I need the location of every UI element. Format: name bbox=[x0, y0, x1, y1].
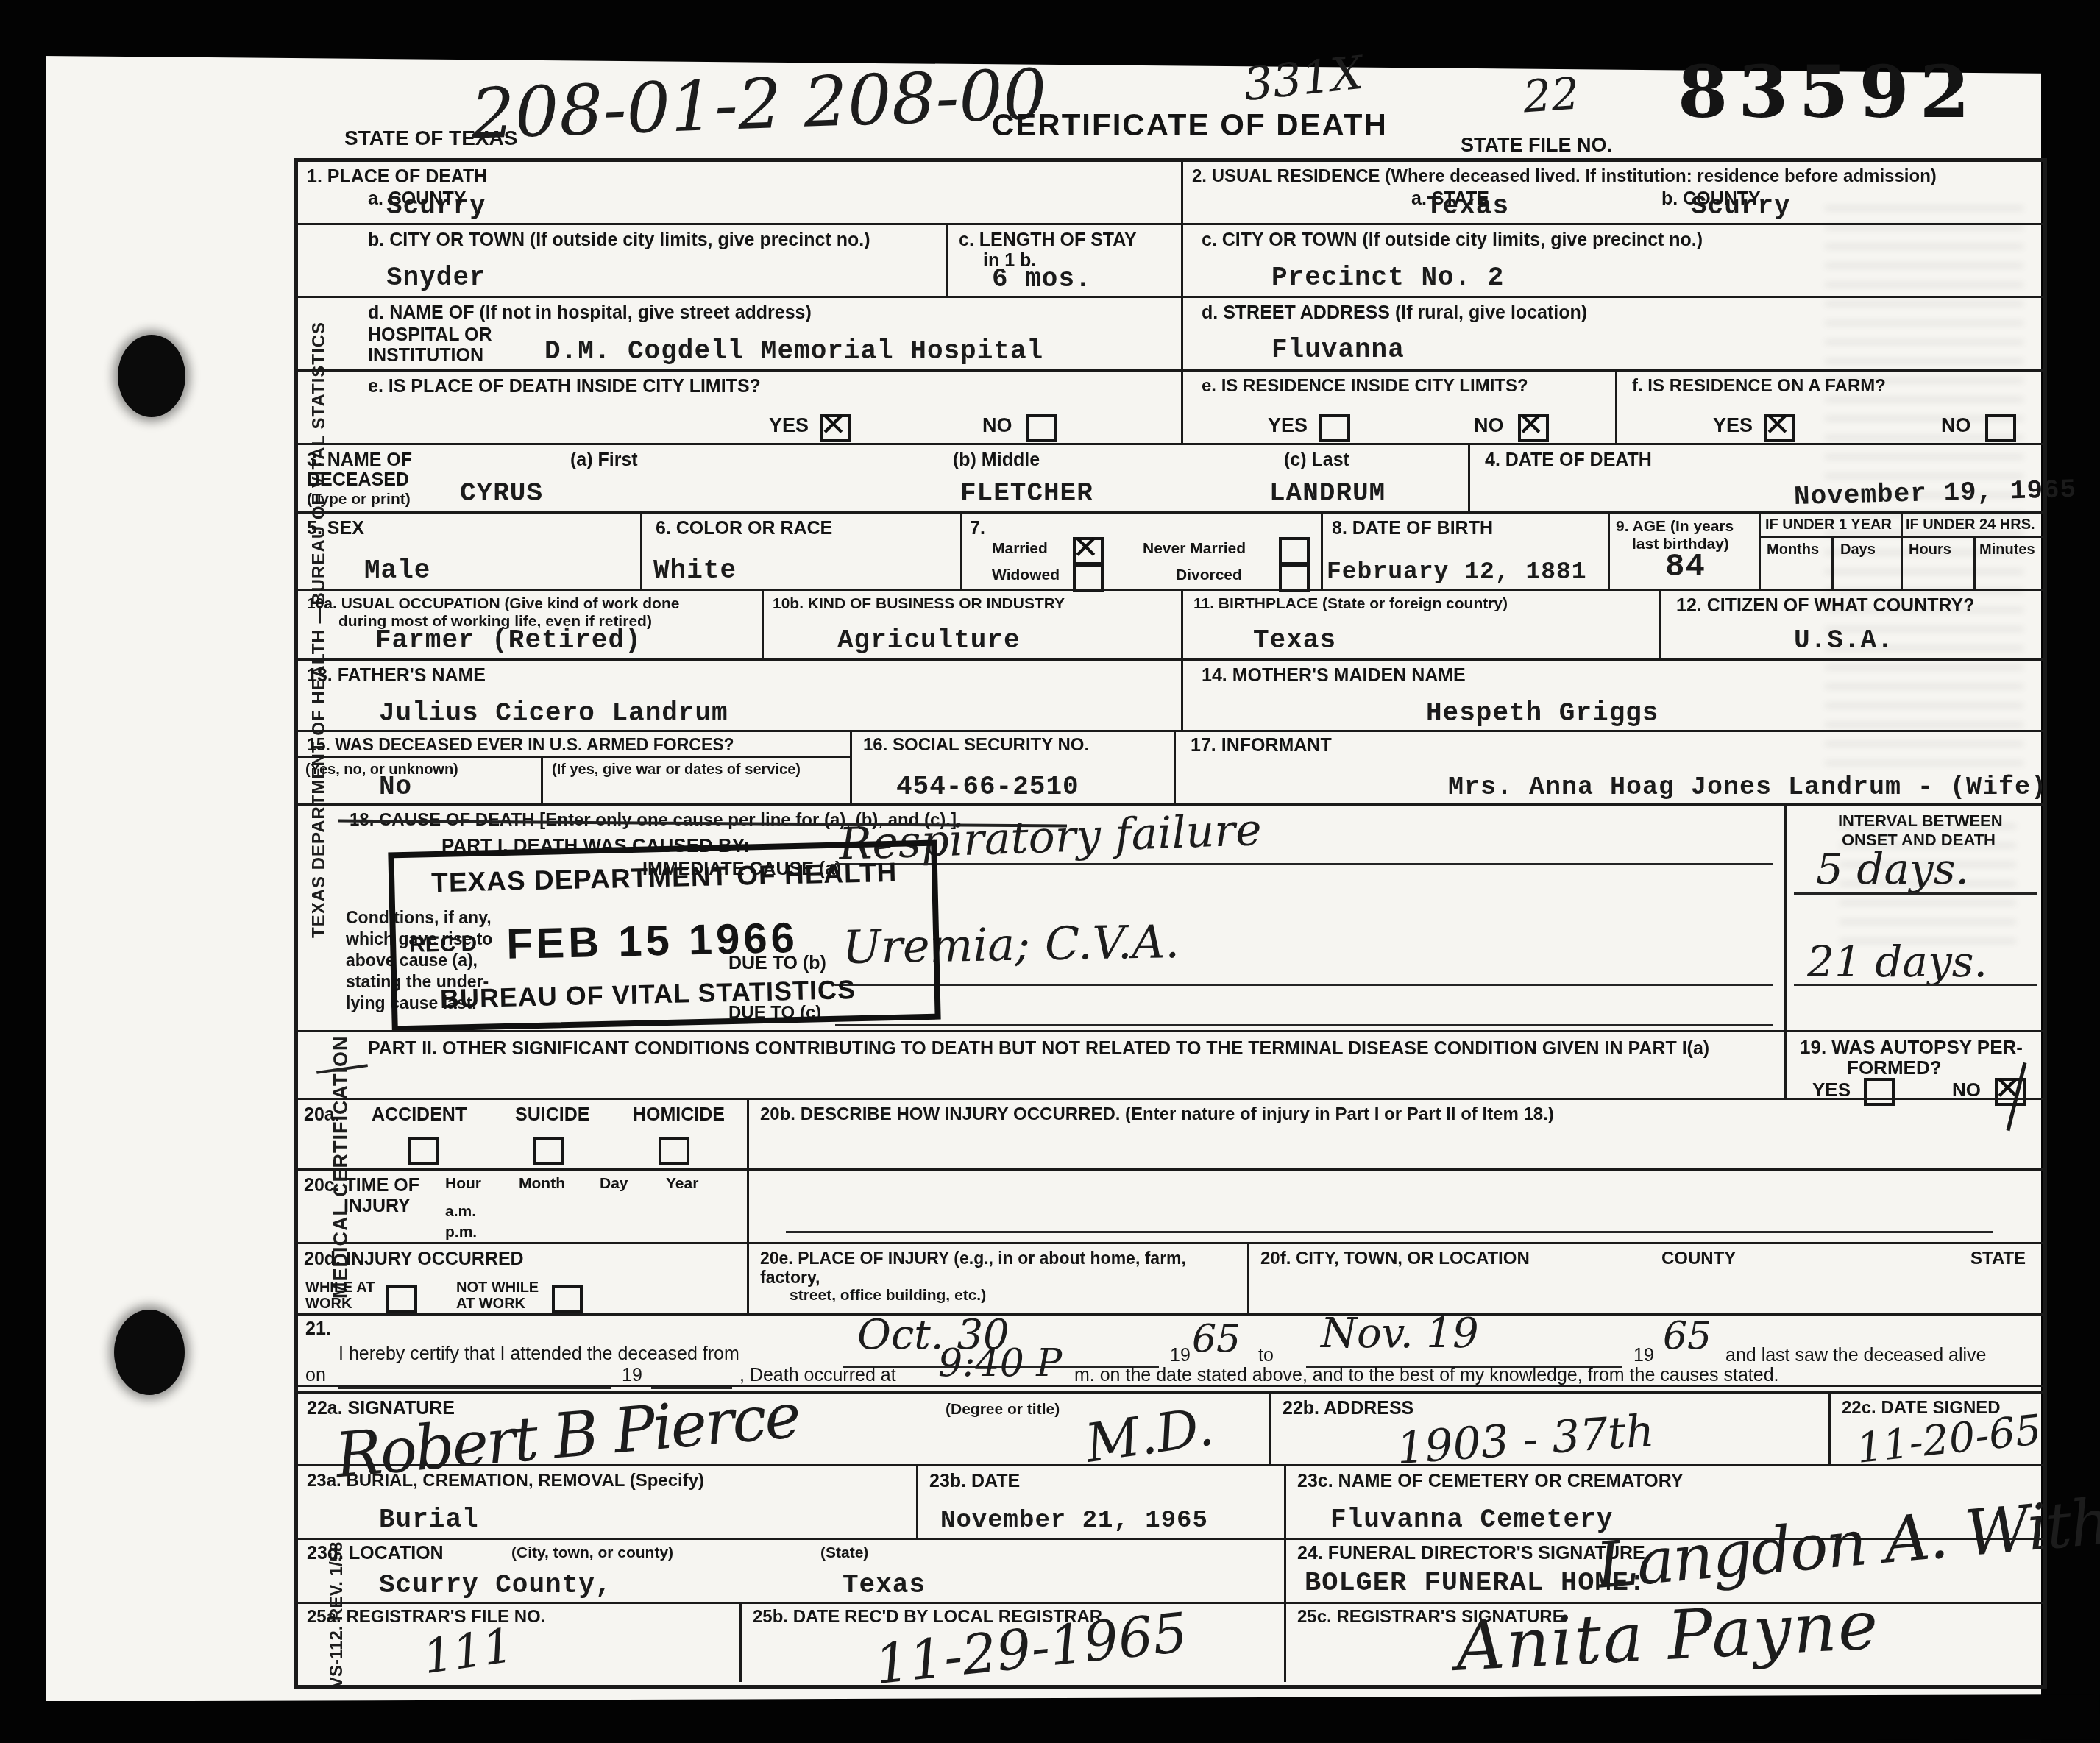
under-1-year-label: IF UNDER 1 YEAR bbox=[1765, 516, 1892, 533]
interval-header1: INTERVAL BETWEEN bbox=[1838, 812, 2003, 830]
place-city-value: Snyder bbox=[386, 263, 486, 293]
informant-value: Mrs. Anna Hoag Jones Landrum - (Wife) bbox=[1448, 773, 2047, 802]
part2-label: PART II. OTHER SIGNIFICANT CONDITIONS CO… bbox=[368, 1038, 1766, 1059]
yes-label: YES bbox=[769, 414, 809, 437]
informant-label: 17. INFORMANT bbox=[1191, 735, 1332, 756]
cell-if-under-24-hrs: IF UNDER 24 HRS. Hours Minutes bbox=[1901, 514, 2043, 589]
birthplace-value: Texas bbox=[1253, 625, 1336, 656]
mother-name-value: Hespeth Griggs bbox=[1426, 698, 1659, 728]
scan-border-left bbox=[0, 0, 46, 1743]
cell-describe-injury: 20b. DESCRIBE HOW INJURY OCCURRED. (Ente… bbox=[747, 1100, 2043, 1168]
cell-cause-of-death: 18. CAUSE OF DEATH [Enter only one cause… bbox=[298, 806, 1784, 1030]
divider bbox=[1973, 536, 1976, 589]
row-place-residence: 1. PLACE OF DEATH a. COUNTY Scurry 2. US… bbox=[298, 162, 2043, 223]
cell-residence-city: c. CITY OR TOWN (If outside city limits,… bbox=[1181, 225, 2043, 296]
not-while-at-work-label2: AT WORK bbox=[456, 1296, 525, 1313]
cell-place-city: b. CITY OR TOWN (If outside city limits,… bbox=[298, 225, 946, 296]
street-address-value: Fluvanna bbox=[1271, 335, 1405, 365]
cell-ssn: 16. SOCIAL SECURITY NO. 454-66-2510 bbox=[850, 732, 1174, 803]
burial-value: Burial bbox=[379, 1505, 479, 1535]
day-label: Day bbox=[600, 1175, 628, 1193]
divider bbox=[541, 756, 543, 803]
residence-city-label: c. CITY OR TOWN (If outside city limits,… bbox=[1202, 230, 1864, 251]
armed-forces-value: No bbox=[379, 772, 412, 802]
last-name-value: LANDRUM bbox=[1269, 478, 1386, 508]
scan-border-bottom bbox=[0, 1694, 2100, 1743]
stamp-recd: REC'D bbox=[409, 931, 478, 959]
row-parents: 13. FATHER'S NAME Julius Cicero Landrum … bbox=[298, 658, 2043, 730]
cell-burial-location: 23d. LOCATION (City, town, or county) (S… bbox=[298, 1540, 1284, 1602]
cemetery-label: 23c. NAME OF CEMETERY OR CREMATORY bbox=[1297, 1471, 1684, 1492]
registrar-file-no-value-handwritten: 111 bbox=[419, 1619, 516, 1685]
residence-county-value: Scurry bbox=[1691, 191, 1791, 221]
autopsy-label1: 19. WAS AUTOPSY PER- bbox=[1800, 1037, 2023, 1059]
describe-injury-label: 20b. DESCRIBE HOW INJURY OCCURRED. (Ente… bbox=[760, 1104, 1974, 1125]
location-sublabel-state: (State) bbox=[820, 1544, 868, 1562]
printed-19: 19 bbox=[622, 1365, 642, 1386]
hospital-label3: INSTITUTION bbox=[368, 345, 483, 366]
funeral-home-value: BOLGER FUNERAL HOME: bbox=[1305, 1568, 1646, 1599]
while-at-work-label2: WORK bbox=[305, 1296, 352, 1313]
cell-usual-residence: 2. USUAL RESIDENCE (Where deceased lived… bbox=[1181, 162, 2043, 223]
location-label: 23d. LOCATION bbox=[307, 1543, 444, 1564]
row-name-dod: 3. NAME OF DECEASED (Type or print) (a) … bbox=[298, 443, 2043, 511]
year-65-handwritten: 65 bbox=[1663, 1314, 1711, 1358]
time-of-injury-label: 20c. TIME OF bbox=[304, 1175, 419, 1196]
cell-armed-forces: 15. WAS DECEASED EVER IN U.S. ARMED FORC… bbox=[298, 732, 850, 803]
place-of-death-label: 1. PLACE OF DEATH bbox=[307, 166, 487, 188]
year-label: Year bbox=[666, 1175, 698, 1193]
checkmark: ✕ bbox=[1517, 409, 1544, 441]
cell-funeral-director: 24. FUNERAL DIRECTOR'S SIGNATURE BOLGER … bbox=[1284, 1540, 2043, 1602]
yes-label: YES bbox=[1713, 414, 1753, 437]
checkbox-never-married bbox=[1279, 537, 1310, 565]
checkbox-place-city-limits-no bbox=[1026, 414, 1057, 442]
date-of-death-value: November 19, 1965 bbox=[1794, 475, 2077, 512]
checkbox-married: ✕ bbox=[1073, 537, 1104, 565]
cell-length-of-stay: c. LENGTH OF STAY in 1 b. 6 mos. bbox=[946, 225, 1181, 296]
county-value: Scurry bbox=[386, 191, 486, 221]
death-certificate-scan: TEXAS DEPARTMENT OF HEALTH —BUREAU OF VI… bbox=[0, 0, 2100, 1743]
minutes-label: Minutes bbox=[1979, 542, 2035, 558]
row-cause-of-death: 18. CAUSE OF DEATH [Enter only one cause… bbox=[298, 803, 2043, 1030]
place-city-limits-label: e. IS PLACE OF DEATH INSIDE CITY LIMITS? bbox=[368, 376, 761, 397]
row-injury-place: 20d. INJURY OCCURRED WHILE AT WORK NOT W… bbox=[298, 1242, 2043, 1313]
time-of-injury-label2: INJURY bbox=[344, 1196, 411, 1217]
accident-label: ACCIDENT bbox=[372, 1104, 467, 1126]
suicide-label: SUICIDE bbox=[515, 1104, 589, 1126]
printed-19: 19 bbox=[1633, 1345, 1654, 1366]
certify-text-3: m. on the date stated above, and to the … bbox=[1074, 1365, 1779, 1386]
middle-name-label: (b) Middle bbox=[953, 450, 1040, 471]
cell-race: 6. COLOR OR RACE White bbox=[640, 514, 960, 589]
burial-date-label: 23b. DATE bbox=[929, 1471, 1020, 1492]
cell-marital-status: 7. Married ✕ Never Married Widowed Divor… bbox=[960, 514, 1321, 589]
cemetery-value: Fluvanna Cemetery bbox=[1330, 1505, 1613, 1535]
degree-md-handwritten: M.D. bbox=[1082, 1395, 1218, 1474]
degree-title-label: (Degree or title) bbox=[946, 1401, 1060, 1419]
cell-signature: 22a. SIGNATURE (Degree or title) Robert … bbox=[298, 1391, 1269, 1466]
pm-label: p.m. bbox=[445, 1224, 477, 1241]
checkbox-widowed bbox=[1073, 564, 1104, 592]
certify-text-1: I hereby certify that I attended the dec… bbox=[338, 1343, 739, 1365]
injury-city-label: 20f. CITY, TOWN, OR LOCATION bbox=[1260, 1249, 1530, 1269]
ssn-label: 16. SOCIAL SECURITY NO. bbox=[863, 735, 1089, 756]
checkbox-accident bbox=[408, 1137, 439, 1165]
industry-value: Agriculture bbox=[837, 625, 1021, 656]
cause-line-b bbox=[835, 984, 1773, 986]
birthplace-label: 11. BIRTHPLACE (State or foreign country… bbox=[1193, 595, 1508, 613]
cell-time-of-injury: 20c. TIME OF INJURY Hour Month Day Year … bbox=[298, 1171, 747, 1242]
armed-forces-label: 15. WAS DECEASED EVER IN U.S. ARMED FORC… bbox=[307, 735, 734, 754]
row-accident: 20a. ACCIDENT SUICIDE HOMICIDE 20b. DESC… bbox=[298, 1098, 2043, 1168]
first-name-value: CYRUS bbox=[460, 478, 543, 508]
attended-to-date-handwritten: Nov. 19 bbox=[1321, 1310, 1479, 1357]
sex-label: 5. SEX bbox=[307, 518, 364, 539]
hours-label: Hours bbox=[1909, 542, 1951, 558]
divider bbox=[1761, 536, 1901, 538]
row-registrar: 25a. REGISTRAR'S FILE NO. 111 25b. DATE … bbox=[298, 1602, 2043, 1682]
cause-line-a bbox=[835, 863, 1773, 865]
cell-informant: 17. INFORMANT Mrs. Anna Hoag Jones Landr… bbox=[1174, 732, 2043, 803]
registrar-file-no-label: 25a. REGISTRAR'S FILE NO. bbox=[307, 1607, 545, 1627]
cell-name-of-deceased: 3. NAME OF DECEASED (Type or print) (a) … bbox=[298, 445, 1468, 511]
place-of-injury-label: 20e. PLACE OF INJURY (e.g., in or about … bbox=[760, 1249, 1231, 1288]
printed-19: 19 bbox=[1170, 1345, 1191, 1366]
row-occupation: 10a. USUAL OCCUPATION (Give kind of work… bbox=[298, 589, 2043, 658]
widowed-label: Widowed bbox=[992, 567, 1060, 584]
dob-label: 8. DATE OF BIRTH bbox=[1332, 518, 1493, 539]
cell-registrar-signature: 25c. REGISTRAR'S SIGNATURE Anita Payne bbox=[1284, 1604, 2043, 1682]
sex-value: Male bbox=[364, 555, 430, 586]
stamp-line3: BUREAU OF VITAL STATISTICS bbox=[439, 974, 856, 1014]
row-part2-autopsy: PART II. OTHER SIGNIFICANT CONDITIONS CO… bbox=[298, 1030, 2043, 1098]
row-city-limits: e. IS PLACE OF DEATH INSIDE CITY LIMITS?… bbox=[298, 369, 2043, 443]
name-label: 3. NAME OF bbox=[307, 450, 412, 471]
length-of-stay-value: 6 mos. bbox=[992, 264, 1092, 294]
cell-hospital: d. NAME OF (If not in hospital, give str… bbox=[298, 298, 1181, 369]
handwritten-code-22: 22 bbox=[1522, 68, 1581, 123]
cell-birthplace: 11. BIRTHPLACE (State or foreign country… bbox=[1181, 591, 1659, 658]
name-sublabel: (Type or print) bbox=[307, 491, 411, 508]
checkbox-residence-farm-yes: ✕ bbox=[1764, 414, 1795, 442]
place-of-injury-label2: street, office building, etc.) bbox=[790, 1287, 986, 1304]
usual-residence-label: 2. USUAL RESIDENCE (Where deceased lived… bbox=[1192, 166, 2023, 187]
no-label: NO bbox=[1474, 414, 1504, 437]
item-21-label: 21. bbox=[305, 1318, 331, 1340]
no-label: NO bbox=[982, 414, 1012, 437]
length-of-stay-label: c. LENGTH OF STAY bbox=[959, 230, 1137, 251]
hospital-value: D.M. Cogdell Memorial Hospital bbox=[544, 336, 1043, 366]
location-county-value: Scurry County, bbox=[379, 1570, 611, 1600]
checkbox-while-at-work bbox=[386, 1285, 417, 1313]
state-file-number-stamp: 83592 bbox=[1678, 50, 1980, 135]
divider bbox=[298, 756, 850, 758]
stamp-date: FEB 15 1966 bbox=[506, 914, 798, 970]
interval-b-value: 21 days. bbox=[1807, 937, 1987, 987]
row-city: b. CITY OR TOWN (If outside city limits,… bbox=[298, 223, 2043, 296]
box-20a-label: 20a. bbox=[304, 1104, 340, 1126]
place-city-label: b. CITY OR TOWN (If outside city limits,… bbox=[368, 230, 927, 251]
cell-address: 22b. ADDRESS 1903 - 37th bbox=[1269, 1391, 1828, 1466]
street-address-label: d. STREET ADDRESS (If rural, give locati… bbox=[1202, 302, 1587, 324]
cell-date-received: 25b. DATE REC'D BY LOCAL REGISTRAR 11-29… bbox=[739, 1604, 1284, 1682]
armed-forces-sublabel2: (If yes, give war or dates of service) bbox=[552, 762, 801, 778]
interval-line-a bbox=[1794, 892, 2037, 895]
row-hospital-address: d. NAME OF (If not in hospital, give str… bbox=[298, 296, 2043, 369]
injury-occurred-label: 20d. INJURY OCCURRED bbox=[304, 1249, 524, 1270]
cell-occupation: 10a. USUAL OCCUPATION (Give kind of work… bbox=[298, 591, 762, 658]
checkbox-residence-farm-no bbox=[1985, 414, 2016, 442]
middle-name-value: FLETCHER bbox=[960, 478, 1093, 508]
funeral-director-label: 24. FUNERAL DIRECTOR'S SIGNATURE bbox=[1297, 1543, 1645, 1564]
cell-injury-city: 20f. CITY, TOWN, OR LOCATION COUNTY STAT… bbox=[1247, 1244, 2043, 1313]
injury-state-label: STATE bbox=[1970, 1249, 2026, 1269]
am-label: a.m. bbox=[445, 1203, 476, 1221]
cell-part2: PART II. OTHER SIGNIFICANT CONDITIONS CO… bbox=[298, 1032, 1784, 1098]
cause-line-c bbox=[835, 1024, 1773, 1026]
injury-county-label: COUNTY bbox=[1661, 1249, 1736, 1269]
cell-if-under-1-year: IF UNDER 1 YEAR Months Days bbox=[1759, 514, 1901, 589]
cell-sex: 5. SEX Male bbox=[298, 514, 640, 589]
cell-industry: 10b. KIND OF BUSINESS OR INDUSTRY Agricu… bbox=[762, 591, 1181, 658]
checkbox-homicide bbox=[659, 1137, 689, 1165]
last-name-label: (c) Last bbox=[1284, 450, 1349, 471]
residence-city-value: Precinct No. 2 bbox=[1271, 263, 1504, 293]
residence-city-limits-label: e. IS RESIDENCE INSIDE CITY LIMITS? bbox=[1202, 376, 1528, 397]
burial-date-value: November 21, 1965 bbox=[940, 1507, 1208, 1535]
cell-injury-blank bbox=[747, 1171, 2043, 1242]
cell-interval: INTERVAL BETWEEN ONSET AND DEATH 5 days.… bbox=[1784, 806, 2043, 1030]
days-label: Days bbox=[1840, 542, 1876, 558]
received-stamp: TEXAS DEPARTMENT OF HEALTH REC'D FEB 15 … bbox=[388, 840, 940, 1032]
row-sex-race-age: 5. SEX Male 6. COLOR OR RACE White 7. Ma… bbox=[298, 511, 2043, 589]
cell-father-name: 13. FATHER'S NAME Julius Cicero Landrum bbox=[298, 661, 1181, 730]
race-label: 6. COLOR OR RACE bbox=[656, 518, 832, 539]
row-forces-ssn-informant: 15. WAS DECEASED EVER IN U.S. ARMED FORC… bbox=[298, 730, 2043, 803]
checkbox-place-city-limits-yes: ✕ bbox=[820, 414, 851, 442]
checkbox-residence-city-limits-yes bbox=[1319, 414, 1350, 442]
pen-scribble bbox=[316, 1064, 368, 1074]
interval-line-b bbox=[1794, 984, 2037, 986]
hospital-label: d. NAME OF (If not in hospital, give str… bbox=[368, 302, 942, 324]
yes-label: YES bbox=[1268, 414, 1308, 437]
row-physician-signature: on 19 , Death occurred at 9:40 P m. on t… bbox=[298, 1385, 2043, 1464]
age-value: 84 bbox=[1665, 549, 1706, 586]
cell-date-signed: 22c. DATE SIGNED 11-20-65 bbox=[1828, 1391, 2043, 1466]
name-label2: DECEASED bbox=[307, 469, 409, 491]
divorced-label: Divorced bbox=[1176, 567, 1242, 584]
while-at-work-label: WHILE AT bbox=[305, 1279, 375, 1296]
father-name-value: Julius Cicero Landrum bbox=[379, 698, 728, 728]
cell-place-city-limits: e. IS PLACE OF DEATH INSIDE CITY LIMITS?… bbox=[298, 372, 1181, 443]
hole-punch-top bbox=[118, 335, 185, 417]
residence-farm-label: f. IS RESIDENCE ON A FARM? bbox=[1632, 376, 1886, 397]
cell-registrar-file-no: 25a. REGISTRAR'S FILE NO. 111 bbox=[298, 1604, 739, 1682]
checkbox-not-while-at-work bbox=[552, 1285, 583, 1313]
checkmark: ✕ bbox=[1072, 532, 1099, 564]
race-value: White bbox=[653, 555, 737, 586]
time-of-death-handwritten: 9:40 P bbox=[938, 1341, 1062, 1385]
cell-date-of-birth: 8. DATE OF BIRTH February 12, 1881 bbox=[1321, 514, 1608, 589]
cell-place-of-death: 1. PLACE OF DEATH a. COUNTY Scurry bbox=[298, 162, 1181, 223]
cell-burial-date: 23b. DATE November 21, 1965 bbox=[916, 1466, 1284, 1538]
never-married-label: Never Married bbox=[1143, 540, 1246, 558]
certificate-title: CERTIFICATE OF DEATH bbox=[992, 107, 1388, 143]
citizen-label: 12. CITIZEN OF WHAT COUNTRY? bbox=[1676, 595, 1975, 617]
cell-street-address: d. STREET ADDRESS (If rural, give locati… bbox=[1181, 298, 2043, 369]
occupation-label: 10a. USUAL OCCUPATION (Give kind of work… bbox=[307, 595, 679, 613]
residence-state-value: Texas bbox=[1426, 191, 1509, 221]
interval-a-value: 5 days. bbox=[1816, 844, 1969, 894]
mother-name-label: 14. MOTHER'S MAIDEN NAME bbox=[1202, 665, 1466, 686]
divider bbox=[1831, 536, 1834, 589]
date-of-death-label: 4. DATE OF DEATH bbox=[1485, 450, 1652, 471]
hospital-label2: HOSPITAL OR bbox=[368, 324, 492, 346]
marital-label: 7. bbox=[970, 518, 985, 539]
location-sublabel-city: (City, town, or county) bbox=[511, 1544, 673, 1562]
year-65-handwritten: 65 bbox=[1192, 1317, 1241, 1361]
months-label: Months bbox=[1767, 542, 1819, 558]
printed-on: on bbox=[305, 1365, 326, 1386]
autopsy-label2: FORMED? bbox=[1847, 1057, 1942, 1079]
homicide-label: HOMICIDE bbox=[633, 1104, 725, 1126]
certificate-form-grid: 1. PLACE OF DEATH a. COUNTY Scurry 2. US… bbox=[294, 158, 2047, 1689]
state-file-no-label: STATE FILE NO. bbox=[1461, 134, 1612, 157]
cell-citizen: 12. CITIZEN OF WHAT COUNTRY? U.S.A. bbox=[1659, 591, 2043, 658]
checkmark: ✕ bbox=[1764, 409, 1791, 441]
month-label: Month bbox=[519, 1175, 565, 1193]
certify-text-2: and last saw the deceased alive bbox=[1725, 1345, 1986, 1366]
industry-label: 10b. KIND OF BUSINESS OR INDUSTRY bbox=[773, 595, 1065, 613]
address-label: 22b. ADDRESS bbox=[1283, 1398, 1413, 1419]
age-label: 9. AGE (In years bbox=[1616, 518, 1734, 536]
scan-border-right bbox=[2041, 0, 2100, 1743]
under-24-hrs-label: IF UNDER 24 HRS. bbox=[1906, 516, 2035, 533]
hour-label: Hour bbox=[445, 1175, 481, 1193]
checkbox-divorced bbox=[1279, 564, 1310, 592]
cell-place-of-injury: 20e. PLACE OF INJURY (e.g., in or about … bbox=[747, 1244, 1247, 1313]
not-while-at-work-label: NOT WHILE bbox=[456, 1279, 539, 1296]
hole-punch-bottom bbox=[114, 1310, 185, 1395]
checkbox-suicide bbox=[533, 1137, 564, 1165]
cell-autopsy: 19. WAS AUTOPSY PER- FORMED? YES NO ✕ bbox=[1784, 1032, 2043, 1098]
cell-age: 9. AGE (In years last birthday) 84 bbox=[1608, 514, 1759, 589]
stamp-line1: TEXAS DEPARTMENT OF HEALTH bbox=[431, 857, 898, 899]
no-label: NO bbox=[1941, 414, 1971, 437]
checkmark: ✕ bbox=[820, 409, 847, 441]
occupation-value: Farmer (Retired) bbox=[375, 625, 642, 656]
printed-to: to bbox=[1258, 1345, 1274, 1366]
first-name-label: (a) First bbox=[570, 450, 638, 471]
citizen-value: U.S.A. bbox=[1794, 625, 1894, 656]
father-name-label: 13. FATHER'S NAME bbox=[307, 665, 486, 686]
cell-accident-suicide-homicide: 20a. ACCIDENT SUICIDE HOMICIDE bbox=[298, 1100, 747, 1168]
cell-mother-name: 14. MOTHER'S MAIDEN NAME Hespeth Griggs bbox=[1181, 661, 2043, 730]
cell-residence-farm: f. IS RESIDENCE ON A FARM? YES ✕ NO bbox=[1615, 372, 2043, 443]
cell-injury-occurred: 20d. INJURY OCCURRED WHILE AT WORK NOT W… bbox=[298, 1244, 747, 1313]
cell-residence-city-limits: e. IS RESIDENCE INSIDE CITY LIMITS? YES … bbox=[1181, 372, 1615, 443]
row-time-of-injury: 20c. TIME OF INJURY Hour Month Day Year … bbox=[298, 1168, 2043, 1242]
checkbox-residence-city-limits-no: ✕ bbox=[1518, 414, 1549, 442]
location-state-value: Texas bbox=[843, 1570, 926, 1600]
blank-answer-line bbox=[786, 1231, 1993, 1233]
married-label: Married bbox=[992, 540, 1048, 558]
ssn-value: 454-66-2510 bbox=[896, 772, 1079, 802]
cell-date-of-death: 4. DATE OF DEATH November 19, 1965 bbox=[1468, 445, 2043, 511]
blank-line bbox=[338, 1387, 611, 1389]
dob-value: February 12, 1881 bbox=[1327, 558, 1587, 586]
